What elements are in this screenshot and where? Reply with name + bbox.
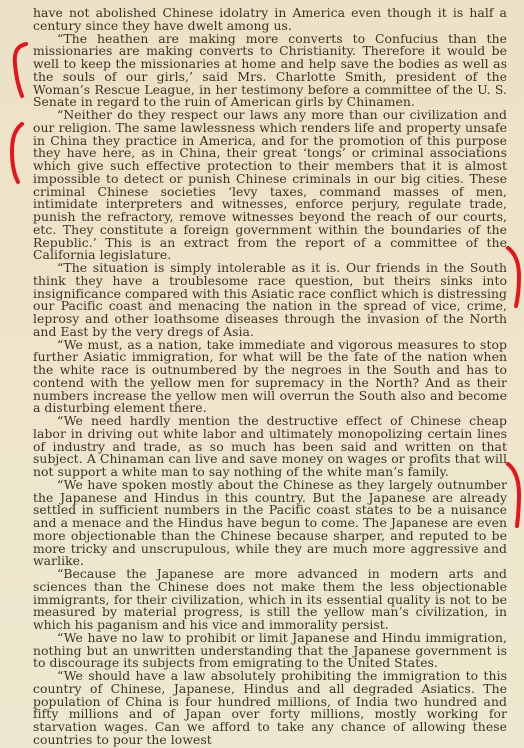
red-bracket-left-1 xyxy=(6,40,30,100)
red-bracket-right-2 xyxy=(504,460,524,530)
paragraph-5: “We must, as a nation, take immediate an… xyxy=(33,339,507,416)
paragraph-9: “We have no law to prohibit or limit Jap… xyxy=(33,632,507,670)
red-bracket-left-2 xyxy=(4,120,28,186)
paragraph-7: “We have spoken mostly about the Chinese… xyxy=(33,479,507,568)
book-page-text: have not abolished Chinese idolatry in A… xyxy=(33,7,507,747)
red-bracket-right-1 xyxy=(504,244,524,310)
paragraph-4: “The situation is simply intolerable as … xyxy=(33,262,507,339)
paragraph-8: “Because the Japanese are more advanced … xyxy=(33,568,507,632)
paragraph-2: “The heathen are making more converts to… xyxy=(33,33,507,110)
paragraph-3: “Neither do they respect our laws any mo… xyxy=(33,109,507,262)
paragraph-1: have not abolished Chinese idolatry in A… xyxy=(33,7,507,33)
paragraph-10: “We should have a law absolutely prohibi… xyxy=(33,670,507,747)
paragraph-6: “We need hardly mention the destructive … xyxy=(33,415,507,479)
